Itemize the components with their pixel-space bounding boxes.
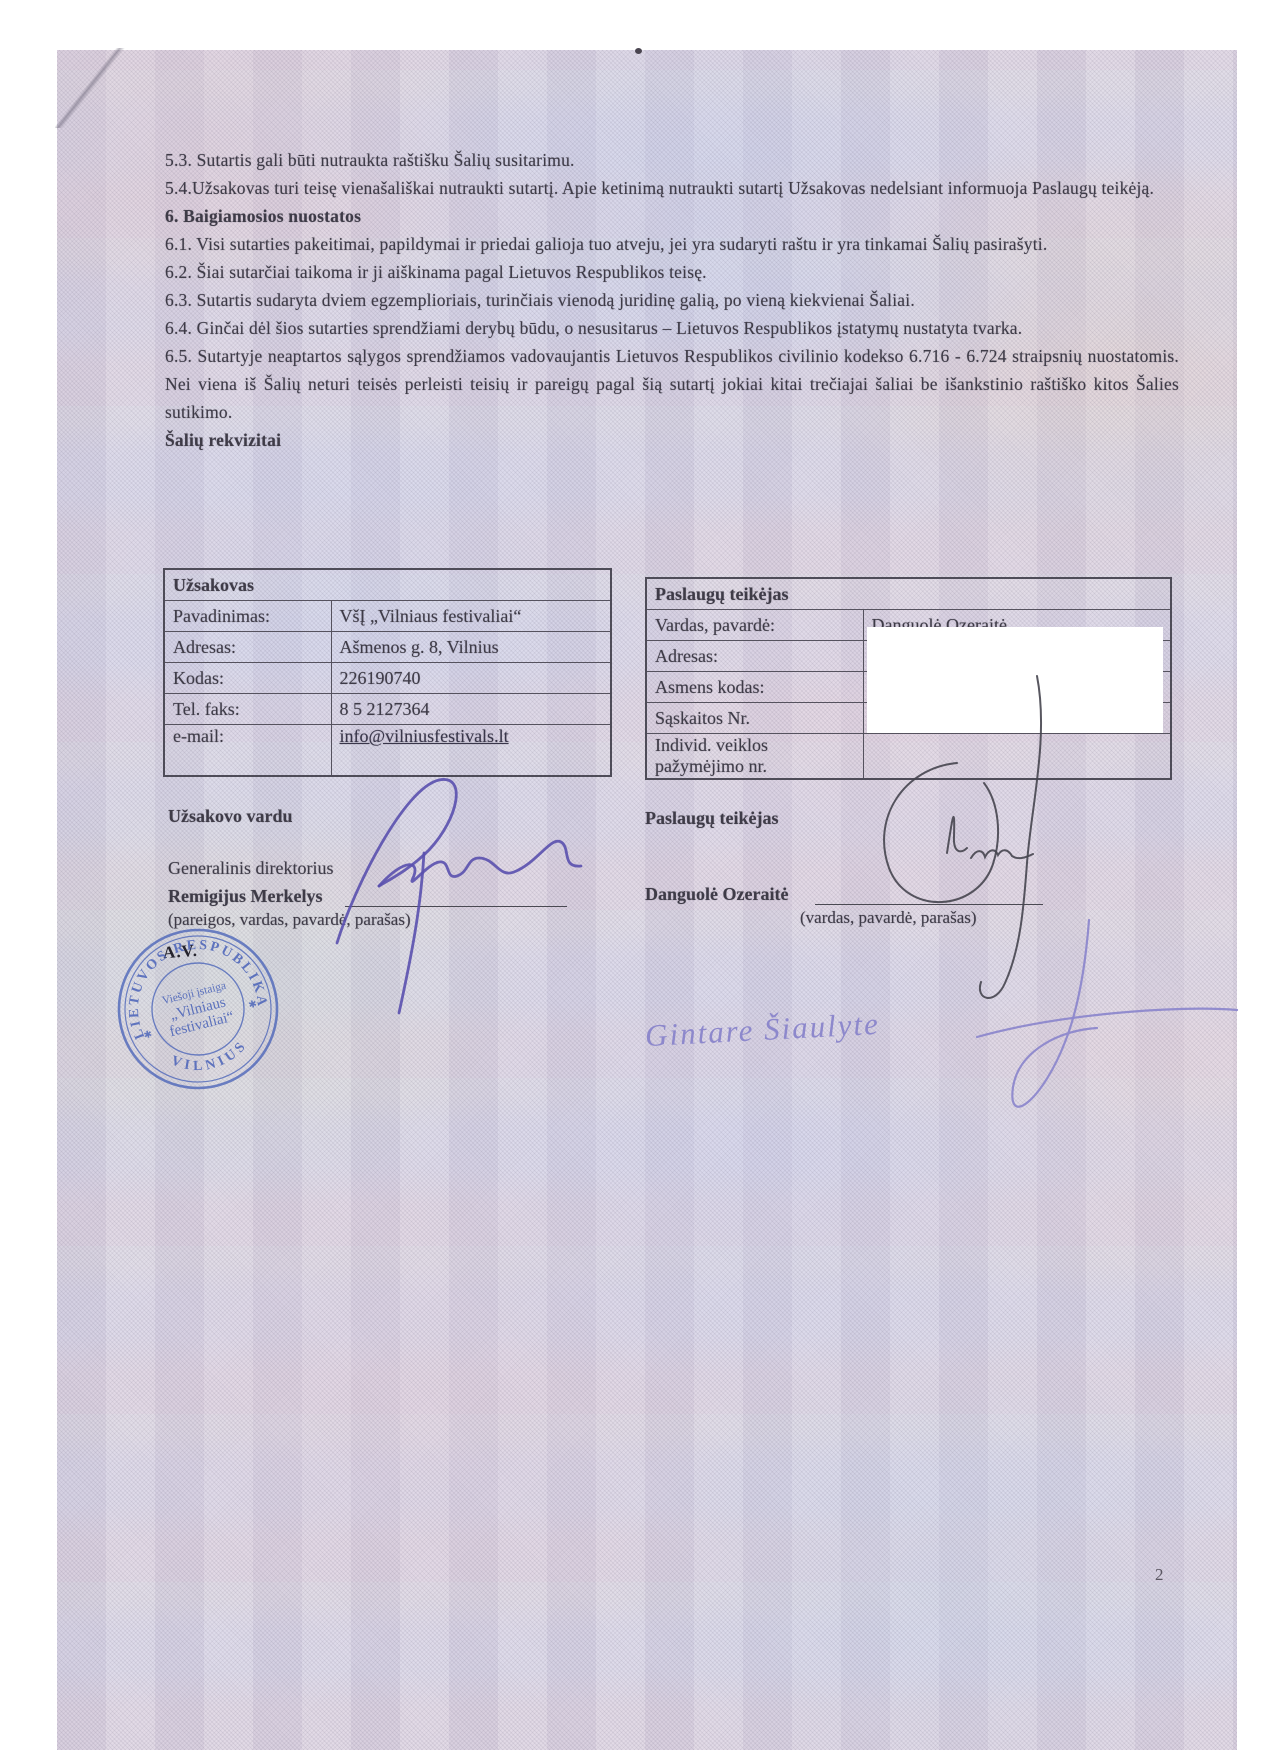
client-requisites-table: Užsakovas Pavadinimas: VšĮ „Vilniaus fes… bbox=[163, 568, 612, 777]
client-label-email: e-mail: bbox=[164, 725, 331, 777]
clause-5-3: 5.3. Sutartis gali būti nutraukta raštiš… bbox=[165, 146, 1179, 174]
provider-label-saskaitos-nr: Sąskaitos Nr. bbox=[646, 703, 863, 734]
handwritten-flourish-signature bbox=[969, 902, 1249, 1157]
client-email-link: info@vilniusfestivals.lt bbox=[331, 725, 611, 777]
provider-table-header: Paslaugų teikėjas bbox=[646, 578, 1171, 610]
client-signature-line bbox=[345, 906, 567, 907]
stamp-star-left-icon: ✱ bbox=[143, 1029, 154, 1042]
official-round-stamp: LIETUVOS RESPUBLIKA VILNIUS ✱ ✱ Viešoji … bbox=[97, 908, 298, 1109]
client-label-adresas: Adresas: bbox=[164, 632, 331, 663]
clause-5-4: 5.4.Užsakovas turi teisę vienašališkai n… bbox=[165, 174, 1179, 202]
provider-signature-line bbox=[815, 904, 1043, 905]
table-row: Tel. faks: 8 5 2127364 bbox=[164, 694, 611, 725]
table-row: Individ. veiklos pažymėjimo nr. bbox=[646, 734, 1171, 780]
client-signer-position: Generalinis direktorius bbox=[168, 858, 333, 879]
client-value-tel-faks: 8 5 2127364 bbox=[331, 694, 611, 725]
provider-signer-name: Danguolė Ozeraitė bbox=[645, 884, 788, 905]
scan-speck bbox=[635, 48, 642, 54]
client-signature-heading: Užsakovo vardu bbox=[168, 806, 293, 827]
clause-6-4: 6.4. Ginčai dėl šios sutarties sprendžia… bbox=[165, 314, 1179, 342]
client-value-kodas: 226190740 bbox=[331, 663, 611, 694]
handwritten-note: Gintare Šiaulyte bbox=[644, 1006, 880, 1054]
provider-label-asmens-kodas: Asmens kodas: bbox=[646, 672, 863, 703]
clause-6-1: 6.1. Visi sutarties pakeitimai, papildym… bbox=[165, 230, 1179, 258]
table-row: Pavadinimas: VšĮ „Vilniaus festivaliai“ bbox=[164, 601, 611, 632]
page-crease-mark bbox=[55, 48, 125, 128]
section-6-heading: 6. Baigiamosios nuostatos bbox=[165, 202, 1179, 230]
client-value-adresas: Ašmenos g. 8, Vilnius bbox=[331, 632, 611, 663]
clause-6-2: 6.2. Šiai sutarčiai taikoma ir ji aiškin… bbox=[165, 258, 1179, 286]
scanned-contract-page: 5.3. Sutartis gali būti nutraukta raštiš… bbox=[57, 50, 1237, 1750]
provider-label-individ-veiklos: Individ. veiklos pažymėjimo nr. bbox=[646, 734, 863, 780]
client-table-header: Užsakovas bbox=[164, 569, 611, 601]
page-number: 2 bbox=[1155, 1565, 1164, 1585]
client-value-pavadinimas: VšĮ „Vilniaus festivaliai“ bbox=[331, 601, 611, 632]
table-row: e-mail: info@vilniusfestivals.lt bbox=[164, 725, 611, 777]
contract-body-text: 5.3. Sutartis gali būti nutraukta raštiš… bbox=[165, 146, 1179, 454]
client-label-kodas: Kodas: bbox=[164, 663, 331, 694]
table-row: Adresas: Ašmenos g. 8, Vilnius bbox=[164, 632, 611, 663]
provider-label-adresas: Adresas: bbox=[646, 641, 863, 672]
provider-signature-heading: Paslaugų teikėjas bbox=[645, 808, 779, 829]
client-label-pavadinimas: Pavadinimas: bbox=[164, 601, 331, 632]
provider-label-vardas: Vardas, pavardė: bbox=[646, 610, 863, 641]
provider-value-individ-veiklos bbox=[863, 734, 1171, 780]
clause-6-3: 6.3. Sutartis sudaryta dviem egzempliori… bbox=[165, 286, 1179, 314]
table-row: Kodas: 226190740 bbox=[164, 663, 611, 694]
provider-signature-caption: (vardas, pavardė, parašas) bbox=[800, 908, 977, 928]
clause-6-5: 6.5. Sutartyje neaptartos sąlygos sprend… bbox=[165, 342, 1179, 426]
client-label-tel-faks: Tel. faks: bbox=[164, 694, 331, 725]
requisites-heading: Šalių rekvizitai bbox=[165, 426, 1179, 454]
client-signer-name: Remigijus Merkelys bbox=[168, 886, 322, 907]
redaction-box bbox=[867, 627, 1163, 733]
